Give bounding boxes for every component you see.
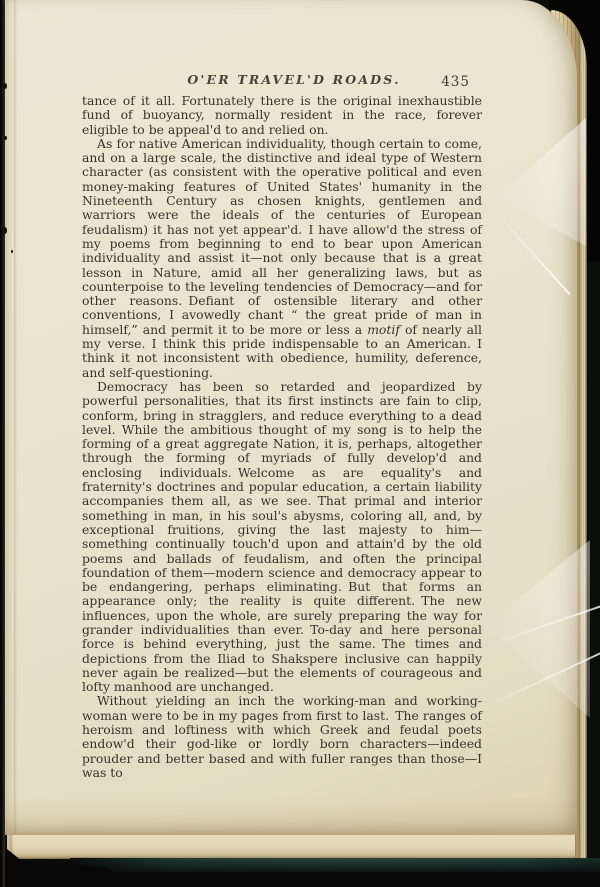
- page-header-title: O'ER TRAVEL'D ROADS.: [94, 72, 494, 87]
- page-gutter-crease: [14, 0, 17, 834]
- book-spine-edge: [0, 0, 5, 887]
- edge-speck: [3, 83, 7, 89]
- paragraph: tance of it all. Fortunately there is th…: [82, 94, 482, 137]
- running-header: O'ER TRAVEL'D ROADS. 435: [82, 72, 482, 92]
- text-run: As for native American individuality, th…: [82, 136, 482, 337]
- text-run: Without yielding an inch the working-man…: [82, 693, 482, 779]
- scanned-book-page: O'ER TRAVEL'D ROADS. 435 tance of it all…: [0, 0, 600, 887]
- text-run: tance of it all. Fortunately there is th…: [82, 93, 482, 137]
- edge-speck: [11, 250, 13, 253]
- page-bottom-curl-shadow: [5, 796, 577, 834]
- book-page: O'ER TRAVEL'D ROADS. 435 tance of it all…: [5, 0, 577, 835]
- paragraph: As for native American individuality, th…: [82, 137, 482, 380]
- italic-run: motif: [367, 322, 400, 337]
- page-stack-bottom-edge: [7, 833, 575, 859]
- edge-speck: [4, 136, 7, 140]
- text-run: Democracy has been so retarded and jeopa…: [82, 379, 482, 694]
- page-number: 435: [441, 74, 470, 90]
- paragraph: Democracy has been so retarded and jeopa…: [82, 380, 482, 695]
- text-block: tance of it all. Fortunately there is th…: [82, 94, 482, 780]
- paragraph: Without yielding an inch the working-man…: [82, 694, 482, 780]
- edge-speck: [3, 227, 7, 234]
